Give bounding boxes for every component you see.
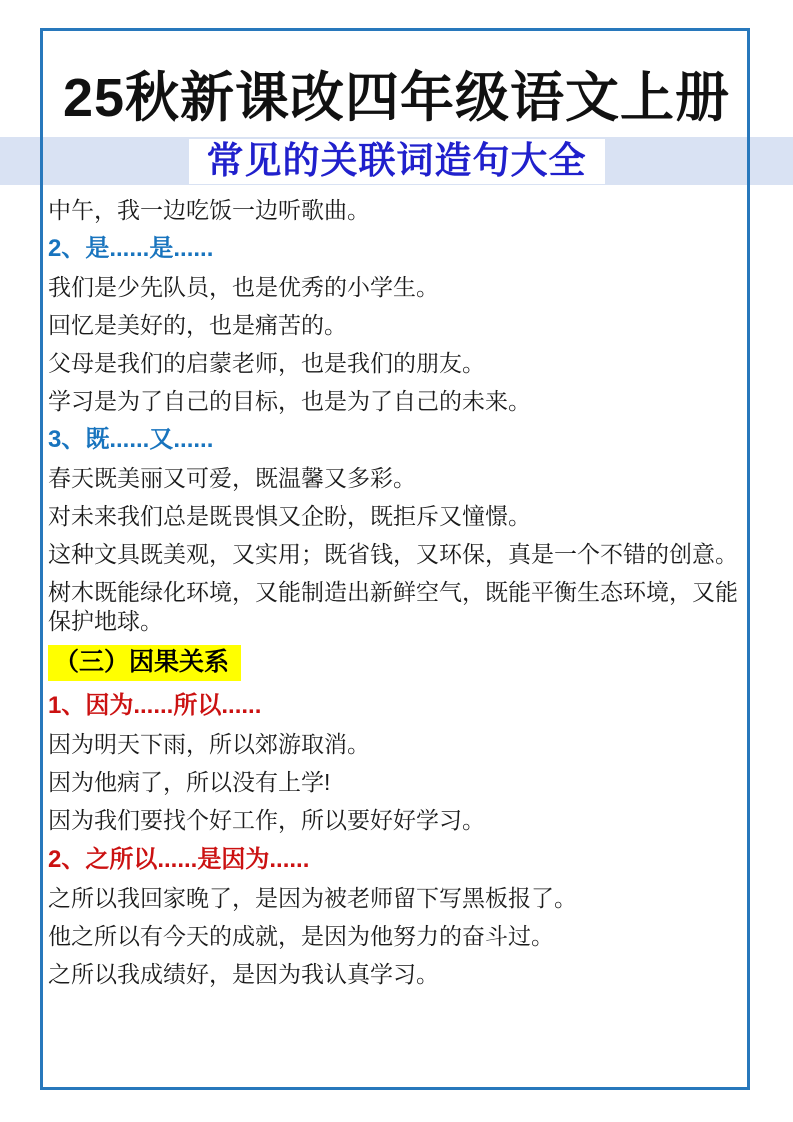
example-sentence: 学习是为了自己的目标，也是为了自己的未来。: [48, 387, 748, 416]
example-sentence: 因为明天下雨，所以郊游取消。: [48, 730, 748, 759]
example-sentence: 他之所以有今天的成就，是因为他努力的奋斗过。: [48, 922, 748, 951]
example-sentence: 回忆是美好的，也是痛苦的。: [48, 311, 748, 340]
section-heading: 3、既......又......: [48, 425, 748, 454]
example-sentence: 春天既美丽又可爱，既温馨又多彩。: [48, 464, 748, 493]
example-sentence: 中午，我一边吃饭一边听歌曲。: [48, 196, 748, 225]
example-sentence: 这种文具既美观，又实用；既省钱，又环保，真是一个不错的创意。: [48, 540, 748, 569]
subtitle-band: 常见的关联词造句大全: [0, 137, 793, 185]
section-heading: 1、因为......所以......: [48, 691, 748, 720]
example-sentence: 因为我们要找个好工作，所以要好好学习。: [48, 806, 748, 835]
example-sentence: 因为他病了，所以没有上学!: [48, 768, 748, 797]
example-sentence: 父母是我们的启蒙老师，也是我们的朋友。: [48, 349, 748, 378]
document-title: 25秋新课改四年级语文上册: [40, 55, 753, 132]
document-page: 25秋新课改四年级语文上册 常见的关联词造句大全 中午，我一边吃饭一边听歌曲。2…: [0, 0, 793, 1122]
example-sentence: 树木既能绿化环境，又能制造出新鲜空气，既能平衡生态环境，又能保护地球。: [48, 578, 748, 636]
example-sentence: 之所以我回家晚了，是因为被老师留下写黑板报了。: [48, 884, 748, 913]
document-subtitle: 常见的关联词造句大全: [207, 140, 587, 181]
example-sentence: 之所以我成绩好，是因为我认真学习。: [48, 960, 748, 989]
example-sentence: 我们是少先队员，也是优秀的小学生。: [48, 273, 748, 302]
example-sentence: 对未来我们总是既畏惧又企盼，既拒斥又憧憬。: [48, 502, 748, 531]
section-heading: （三）因果关系: [48, 645, 241, 681]
section-heading: 2、之所以......是因为......: [48, 845, 748, 874]
section-heading: 2、是......是......: [48, 234, 748, 263]
subtitle-box: 常见的关联词造句大全: [189, 139, 605, 184]
content-area: 中午，我一边吃饭一边听歌曲。2、是......是......我们是少先队员，也是…: [48, 196, 748, 998]
